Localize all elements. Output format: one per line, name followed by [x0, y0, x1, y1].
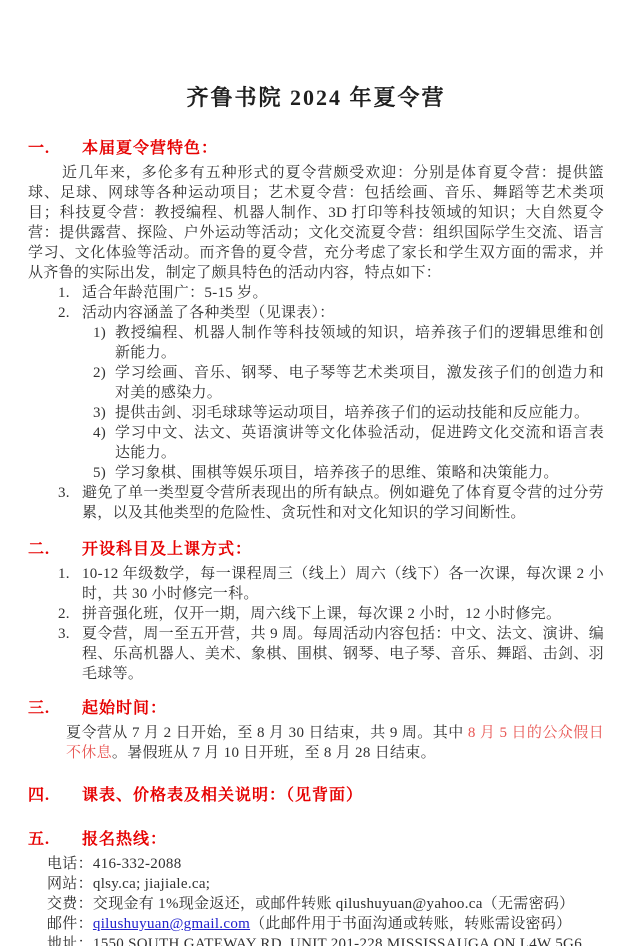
- list-item: 3. 夏令营，周一至五开营，共 9 周。每周活动内容包括：中文、法文、演讲、编程…: [58, 624, 604, 684]
- features-intro-paragraph: 近几年来，多伦多有五种形式的夏令营颇受欢迎：分别是体育夏令营：提供篮球、足球、网…: [28, 163, 604, 283]
- section-number: 三.: [28, 698, 82, 720]
- li-number: 3.: [58, 483, 82, 523]
- contact-label: 地址：: [47, 936, 93, 946]
- section-schedule-heading: 三. 起始时间：: [28, 698, 604, 720]
- li-number: 5): [93, 463, 115, 483]
- li-text: 学习中文、法文、英语演讲等文化体验活动，促进跨文化交流和语言表达能力。: [115, 423, 604, 463]
- section-tables-note-heading: 四. 课表、价格表及相关说明：（见背面）: [28, 785, 604, 807]
- section-number: 二.: [28, 539, 82, 561]
- list-subitem: 4) 学习中文、法文、英语演讲等文化体验活动，促进跨文化交流和语言表达能力。: [93, 423, 604, 463]
- schedule-text-before: 夏令营从 7 月 2 日开始，至 8 月 30 日结束，共 9 周。其中: [66, 725, 468, 741]
- section-number: 五.: [28, 829, 82, 851]
- list-subitem: 2) 学习绘画、音乐、钢琴、电子琴等艺术类项目，激发孩子们的创造力和对美的感染力…: [93, 363, 604, 403]
- contact-line-address: 地址：1550 SOUTH GATEWAY RD. UNIT 201-228 M…: [47, 934, 604, 946]
- section-features-heading: 一. 本届夏令营特色：: [28, 138, 604, 160]
- contact-value: （此邮件用于书面沟通或转账，转账需设密码）: [250, 916, 571, 932]
- document-page: 齐鲁书院 2024 年夏令营 一. 本届夏令营特色： 近几年来，多伦多有五种形式…: [0, 0, 630, 946]
- section-heading-text: 本届夏令营特色：: [82, 138, 604, 160]
- section-features: 一. 本届夏令营特色： 近几年来，多伦多有五种形式的夏令营颇受欢迎：分别是体育夏…: [28, 138, 604, 523]
- section-courses: 二. 开设科目及上课方式： 1. 10-12 年级数学，每一课程周三（线上）周六…: [28, 539, 604, 684]
- contact-line-payment: 交费：交现金有 1%现金返还，或邮件转账 qilushuyuan@yahoo.c…: [47, 894, 604, 914]
- li-text: 学习象棋、围棋等娱乐项目，培养孩子的思维、策略和决策能力。: [115, 463, 604, 483]
- li-number: 3.: [58, 624, 82, 684]
- li-text: 活动内容涵盖了各种类型（见课表）：: [82, 303, 604, 323]
- li-text: 学习绘画、音乐、钢琴、电子琴等艺术类项目，激发孩子们的创造力和对美的感染力。: [115, 363, 604, 403]
- contact-label: 电话：: [47, 856, 93, 872]
- contact-line-phone: 电话：416-332-2088: [47, 854, 604, 874]
- li-number: 4): [93, 423, 115, 463]
- li-number: 1.: [58, 564, 82, 604]
- li-number: 3): [93, 403, 115, 423]
- section-hotline-heading: 五. 报名热线：: [28, 829, 604, 851]
- section-hotline: 五. 报名热线： 电话：416-332-2088 网站：qlsy.ca; jia…: [28, 829, 604, 946]
- list-subitem: 5) 学习象棋、围棋等娱乐项目，培养孩子的思维、策略和决策能力。: [93, 463, 604, 483]
- contact-value: 416-332-2088: [93, 856, 182, 872]
- contact-line-website: 网站：qlsy.ca; jiajiale.ca;: [47, 874, 604, 894]
- contact-value: qlsy.ca; jiajiale.ca;: [93, 876, 210, 892]
- section-heading-text: 起始时间：: [82, 698, 604, 720]
- contact-label: 交费：: [47, 896, 93, 912]
- li-number: 1.: [58, 283, 82, 303]
- li-text: 提供击剑、羽毛球球等运动项目，培养孩子们的运动技能和反应能力。: [115, 403, 604, 423]
- li-text: 夏令营，周一至五开营，共 9 周。每周活动内容包括：中文、法文、演讲、编程、乐高…: [82, 624, 604, 684]
- list-item: 1. 10-12 年级数学，每一课程周三（线上）周六（线下）各一次课，每次课 2…: [58, 564, 604, 604]
- li-text: 教授编程、机器人制作等科技领域的知识，培养孩子们的逻辑思维和创新能力。: [115, 323, 604, 363]
- contact-label: 邮件：: [47, 916, 93, 932]
- section-number: 四.: [28, 785, 82, 807]
- contact-line-email: 邮件：qilushuyuan@gmail.com（此邮件用于书面沟通或转账，转账…: [47, 914, 604, 934]
- section-heading-text: 课表、价格表及相关说明：（见背面）: [82, 785, 604, 807]
- section-courses-heading: 二. 开设科目及上课方式：: [28, 539, 604, 561]
- section-tables-note: 四. 课表、价格表及相关说明：（见背面）: [28, 785, 604, 807]
- section-schedule: 三. 起始时间： 夏令营从 7 月 2 日开始，至 8 月 30 日结束，共 9…: [28, 698, 604, 763]
- schedule-text-after: 。暑假班从 7 月 10 日开班，至 8 月 28 日结束。: [112, 745, 436, 761]
- section-number: 一.: [28, 138, 82, 160]
- section-heading-text: 报名热线：: [82, 829, 604, 851]
- contact-value: 1550 SOUTH GATEWAY RD. UNIT 201-228 MISS…: [93, 936, 582, 946]
- schedule-paragraph: 夏令营从 7 月 2 日开始，至 8 月 30 日结束，共 9 周。其中 8 月…: [66, 723, 604, 763]
- li-text: 10-12 年级数学，每一课程周三（线上）周六（线下）各一次课，每次课 2 小时…: [82, 564, 604, 604]
- contact-value: 交现金有 1%现金返还，或邮件转账 qilushuyuan@yahoo.ca（无…: [93, 896, 575, 912]
- li-text: 避免了单一类型夏令营所表现出的所有缺点。例如避免了体育夏令营的过分劳累，以及其他…: [82, 483, 604, 523]
- list-item: 2. 拼音强化班，仅开一期，周六线下上课，每次课 2 小时，12 小时修完。: [58, 604, 604, 624]
- list-subitem: 1) 教授编程、机器人制作等科技领域的知识，培养孩子们的逻辑思维和创新能力。: [93, 323, 604, 363]
- document-title: 齐鲁书院 2024 年夏令营: [28, 84, 604, 112]
- contact-list: 电话：416-332-2088 网站：qlsy.ca; jiajiale.ca;…: [47, 854, 604, 946]
- li-number: 2.: [58, 303, 82, 323]
- li-number: 2.: [58, 604, 82, 624]
- contact-label: 网站：: [47, 876, 93, 892]
- li-text: 适合年龄范围广：5-15 岁。: [82, 283, 604, 303]
- li-text: 拼音强化班，仅开一期，周六线下上课，每次课 2 小时，12 小时修完。: [82, 604, 604, 624]
- email-link[interactable]: qilushuyuan@gmail.com: [93, 916, 250, 932]
- section-heading-text: 开设科目及上课方式：: [82, 539, 604, 561]
- list-item: 3. 避免了单一类型夏令营所表现出的所有缺点。例如避免了体育夏令营的过分劳累，以…: [58, 483, 604, 523]
- li-number: 2): [93, 363, 115, 403]
- list-item: 2. 活动内容涵盖了各种类型（见课表）：: [58, 303, 604, 323]
- li-number: 1): [93, 323, 115, 363]
- list-subitem: 3) 提供击剑、羽毛球球等运动项目，培养孩子们的运动技能和反应能力。: [93, 403, 604, 423]
- list-item: 1. 适合年龄范围广：5-15 岁。: [58, 283, 604, 303]
